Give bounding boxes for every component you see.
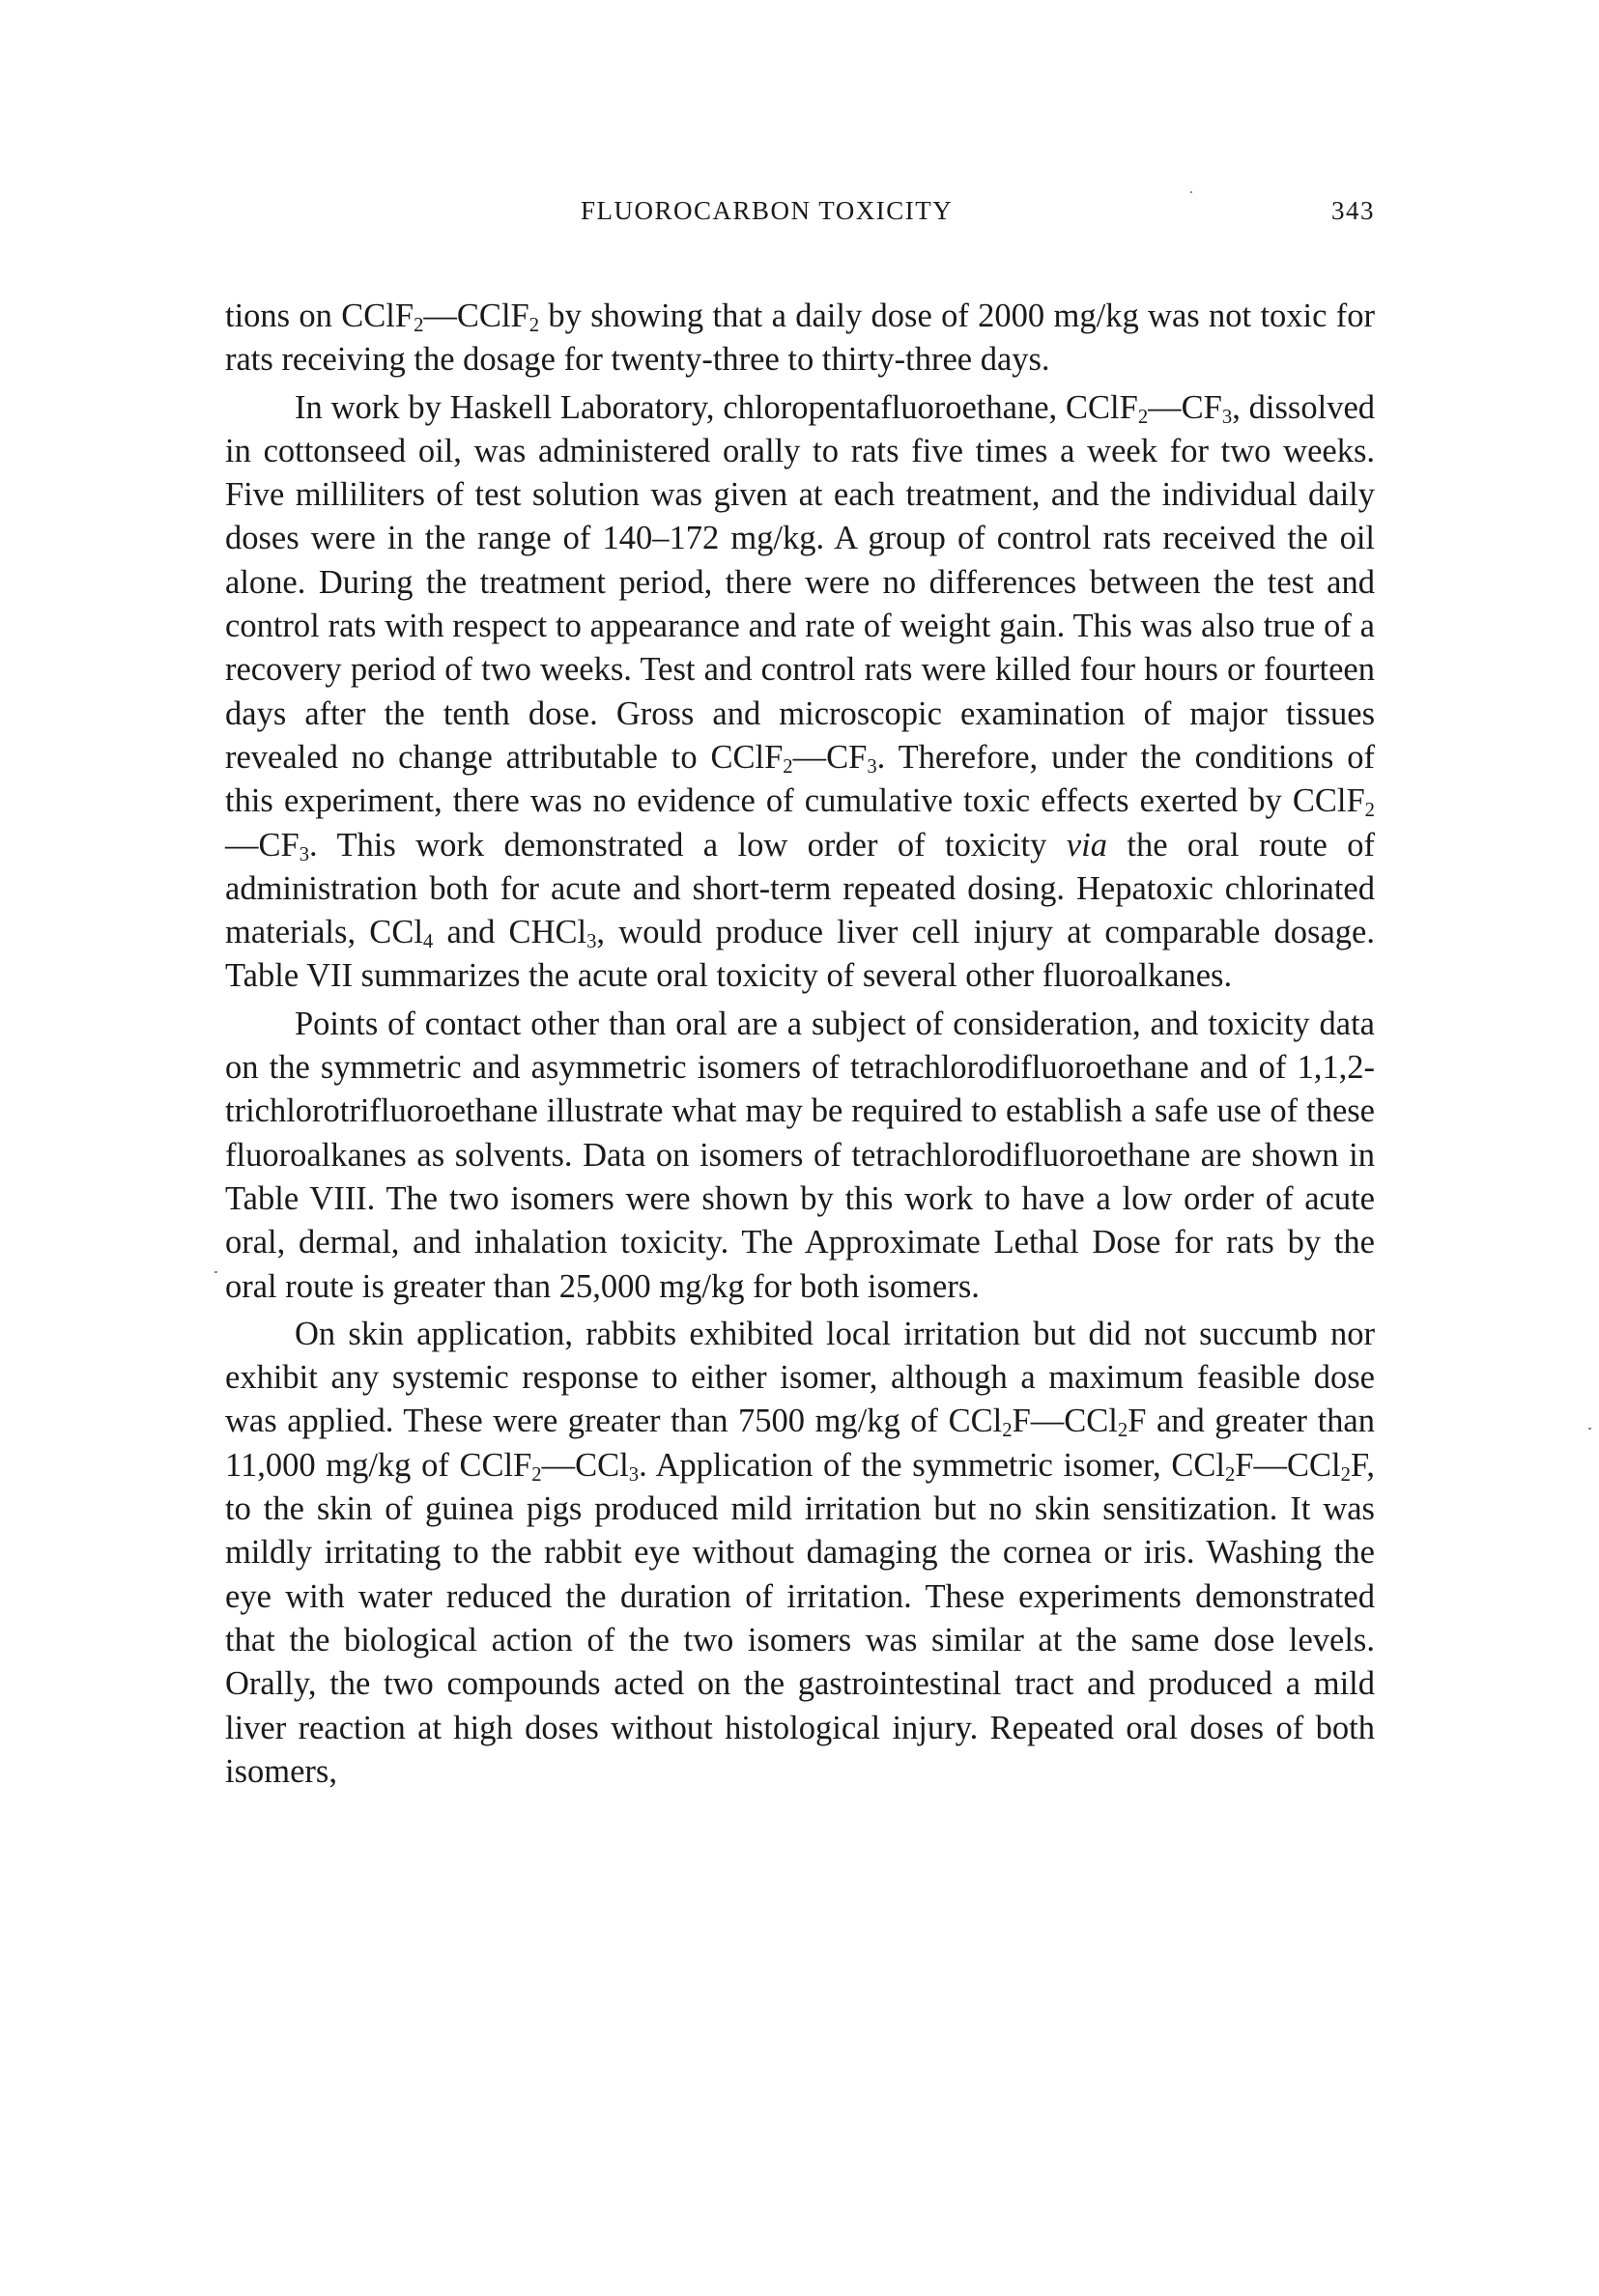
paragraph: tions on CClF2—CClF2 by showing that a d…: [225, 295, 1375, 383]
subscript: 2: [1341, 1464, 1351, 1486]
paragraph: On skin application, rabbits exhibited l…: [225, 1313, 1375, 1794]
subscript: 3: [1222, 407, 1232, 428]
subscript: 3: [586, 931, 596, 952]
subscript: 2: [1365, 800, 1375, 821]
running-title: FLUOROCARBON TOXICITY: [581, 196, 953, 226]
subscript: 2: [1118, 1421, 1128, 1442]
subscript: 2: [783, 756, 792, 778]
subscript: 2: [1138, 407, 1148, 428]
subscript: 3: [629, 1464, 639, 1486]
scan-speck: [1588, 1428, 1591, 1430]
body-text: tions on CClF2—CClF2 by showing that a d…: [225, 295, 1375, 1794]
paragraph: Points of contact other than oral are a …: [225, 1003, 1375, 1309]
subscript: 4: [423, 931, 433, 952]
paragraph: In work by Haskell Laboratory, chloropen…: [225, 386, 1375, 999]
document-page: FLUOROCARBON TOXICITY 343 tions on CClF2…: [0, 0, 1599, 2296]
subscript: 2: [1002, 1421, 1012, 1442]
subscript: 2: [529, 315, 539, 336]
scan-speck: [214, 1271, 217, 1273]
subscript: 3: [300, 844, 309, 865]
subscript: 2: [1225, 1464, 1235, 1486]
scan-speck: [1190, 191, 1192, 193]
page-number: 343: [1331, 196, 1375, 226]
italic-term: via: [1067, 827, 1107, 864]
subscript: 3: [867, 756, 876, 778]
subscript: 2: [531, 1464, 541, 1486]
running-header: FLUOROCARBON TOXICITY 343: [581, 196, 1375, 235]
subscript: 2: [414, 315, 423, 336]
